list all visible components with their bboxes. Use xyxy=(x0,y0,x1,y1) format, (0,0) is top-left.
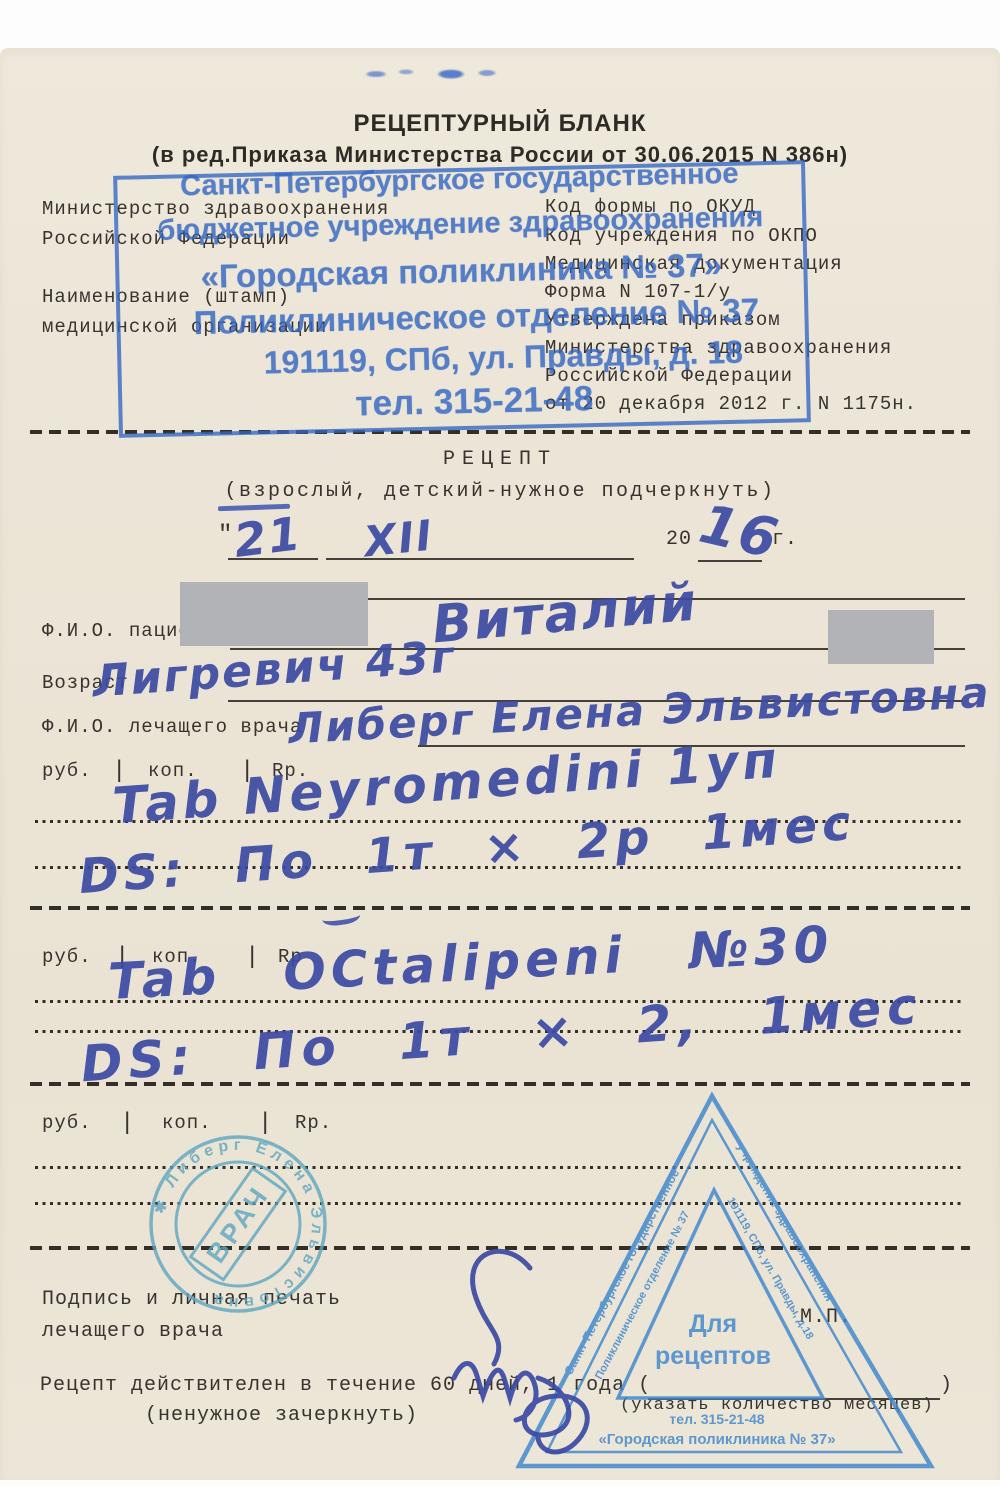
pharmacy-stamp-center-line-2: рецептов xyxy=(655,1342,771,1370)
org-stamp-line-2: бюджетное учреждение здравоохранения xyxy=(118,200,803,249)
redaction-box-2 xyxy=(828,610,934,664)
patient-name-handwritten: Виталий xyxy=(430,573,700,656)
doctor-signature xyxy=(398,1246,648,1476)
doctor-label: Ф.И.О. лечащего врача xyxy=(42,716,302,738)
strike-hint: (ненужное зачеркнуть) xyxy=(145,1404,418,1427)
form-title: РЕЦЕПТУРНЫЙ БЛАНК xyxy=(0,110,1000,138)
date-day-handwritten: 21 xyxy=(231,506,305,568)
scanned-prescription-page: РЕЦЕПТУРНЫЙ БЛАНК (в ред.Приказа Министе… xyxy=(0,0,1000,1487)
rx2-rub-label: руб. xyxy=(42,946,92,968)
org-stamp-line-3: «Городская поликлиника № 37» xyxy=(119,244,804,298)
rx3-rub-label: руб. xyxy=(42,1112,92,1134)
pharmacy-stamp-right-inner-text: 191119, СПб, ул. Правды, д.18 xyxy=(724,1196,815,1342)
separator-2 xyxy=(30,906,970,910)
org-stamp-line-6: тел. 315-21-48 xyxy=(132,374,817,430)
rx3-kop-label: коп. xyxy=(162,1112,212,1134)
redaction-box-1 xyxy=(180,582,368,646)
recipe-heading: РЕЦЕПТ xyxy=(0,448,1000,471)
date-month-handwritten: XII xyxy=(362,510,436,566)
doctor-round-stamp: ✱ Либерг Елена Эльвистовна ВРАЧ xyxy=(146,1132,330,1316)
prescription-form: РЕЦЕПТУРНЫЙ БЛАНК (в ред.Приказа Министе… xyxy=(0,48,1000,1480)
rx3-rp-label: Rp. xyxy=(295,1112,332,1134)
year-prefix: 20 xyxy=(666,528,692,551)
ink-smudge xyxy=(358,62,508,84)
pharmacy-stamp-center-line-1: Для xyxy=(689,1310,737,1338)
pharmacy-stamp-phone: тел. 315-21-48 xyxy=(669,1411,764,1427)
signature-label-line-2: лечащего врача xyxy=(42,1320,224,1343)
organization-stamp: Санкт-Петербургское государственное бюдж… xyxy=(113,160,811,438)
recipe-subheading: (взрослый, детский-нужное подчеркнуть) xyxy=(0,480,1000,503)
rx3-sep-1: | xyxy=(120,1110,135,1137)
date-quote: " xyxy=(218,522,233,549)
rx1-rub-label: руб. xyxy=(42,760,92,782)
